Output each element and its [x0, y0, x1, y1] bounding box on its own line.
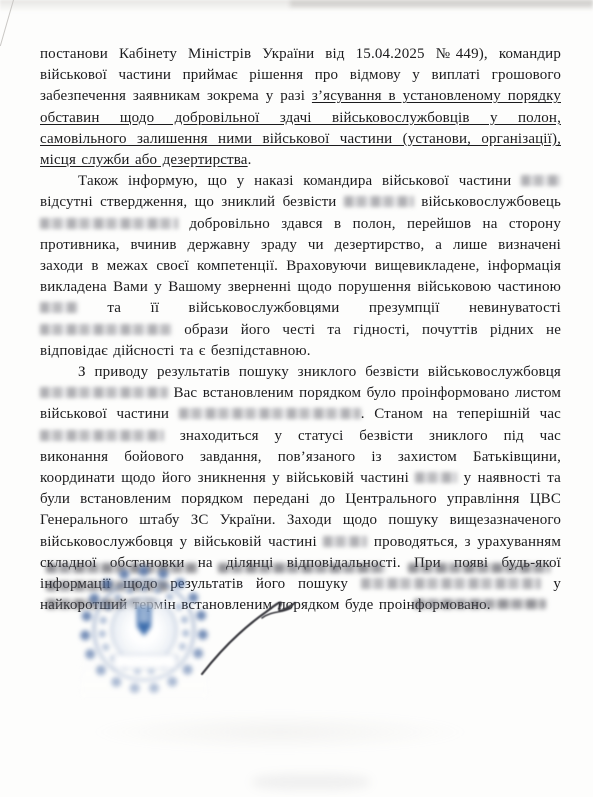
text-segment: відсутні ствердження, що зниклий безвіст… — [40, 194, 344, 210]
scan-smudge — [90, 712, 470, 752]
text-segment: Також інформую, що у наказі командира ві… — [78, 173, 521, 189]
scanned-document-page: постанови Кабінету Міністрів України від… — [0, 0, 593, 797]
text-segment: З приводу результатів пошуку зниклого бе… — [78, 364, 561, 380]
text-segment: . Станом на теперішній час — [361, 406, 561, 422]
redacted-text — [40, 218, 178, 229]
handwritten-signature — [192, 582, 322, 677]
scan-smudge — [252, 774, 370, 790]
official-stamp-seal — [80, 566, 208, 694]
redacted-text — [344, 196, 414, 207]
redacted-text — [415, 472, 457, 483]
redacted-text — [40, 324, 172, 335]
redacted-text — [40, 430, 164, 441]
redacted-text — [40, 302, 78, 313]
redacted-signatory-rank — [414, 599, 546, 609]
redacted-text — [40, 387, 168, 398]
scan-noise-streak — [290, 0, 593, 7]
redacted-text — [521, 175, 561, 186]
redacted-text — [361, 578, 541, 589]
letter-body: постанови Кабінету Міністрів України від… — [40, 44, 561, 616]
text-segment: . — [248, 152, 252, 168]
paragraph-1: постанови Кабінету Міністрів України від… — [40, 44, 561, 171]
text-segment: та її військовослужбовцями презумпції не… — [78, 300, 561, 316]
paragraph-2: Також інформую, що у наказі командира ві… — [40, 171, 561, 362]
redacted-text — [179, 408, 361, 419]
redacted-signatory-title-line — [218, 563, 386, 573]
text-segment: військовослужбовець — [414, 194, 561, 210]
stamp-fade-overlay — [80, 631, 208, 698]
redacted-signatory-name — [408, 563, 550, 573]
redacted-text — [323, 536, 367, 547]
